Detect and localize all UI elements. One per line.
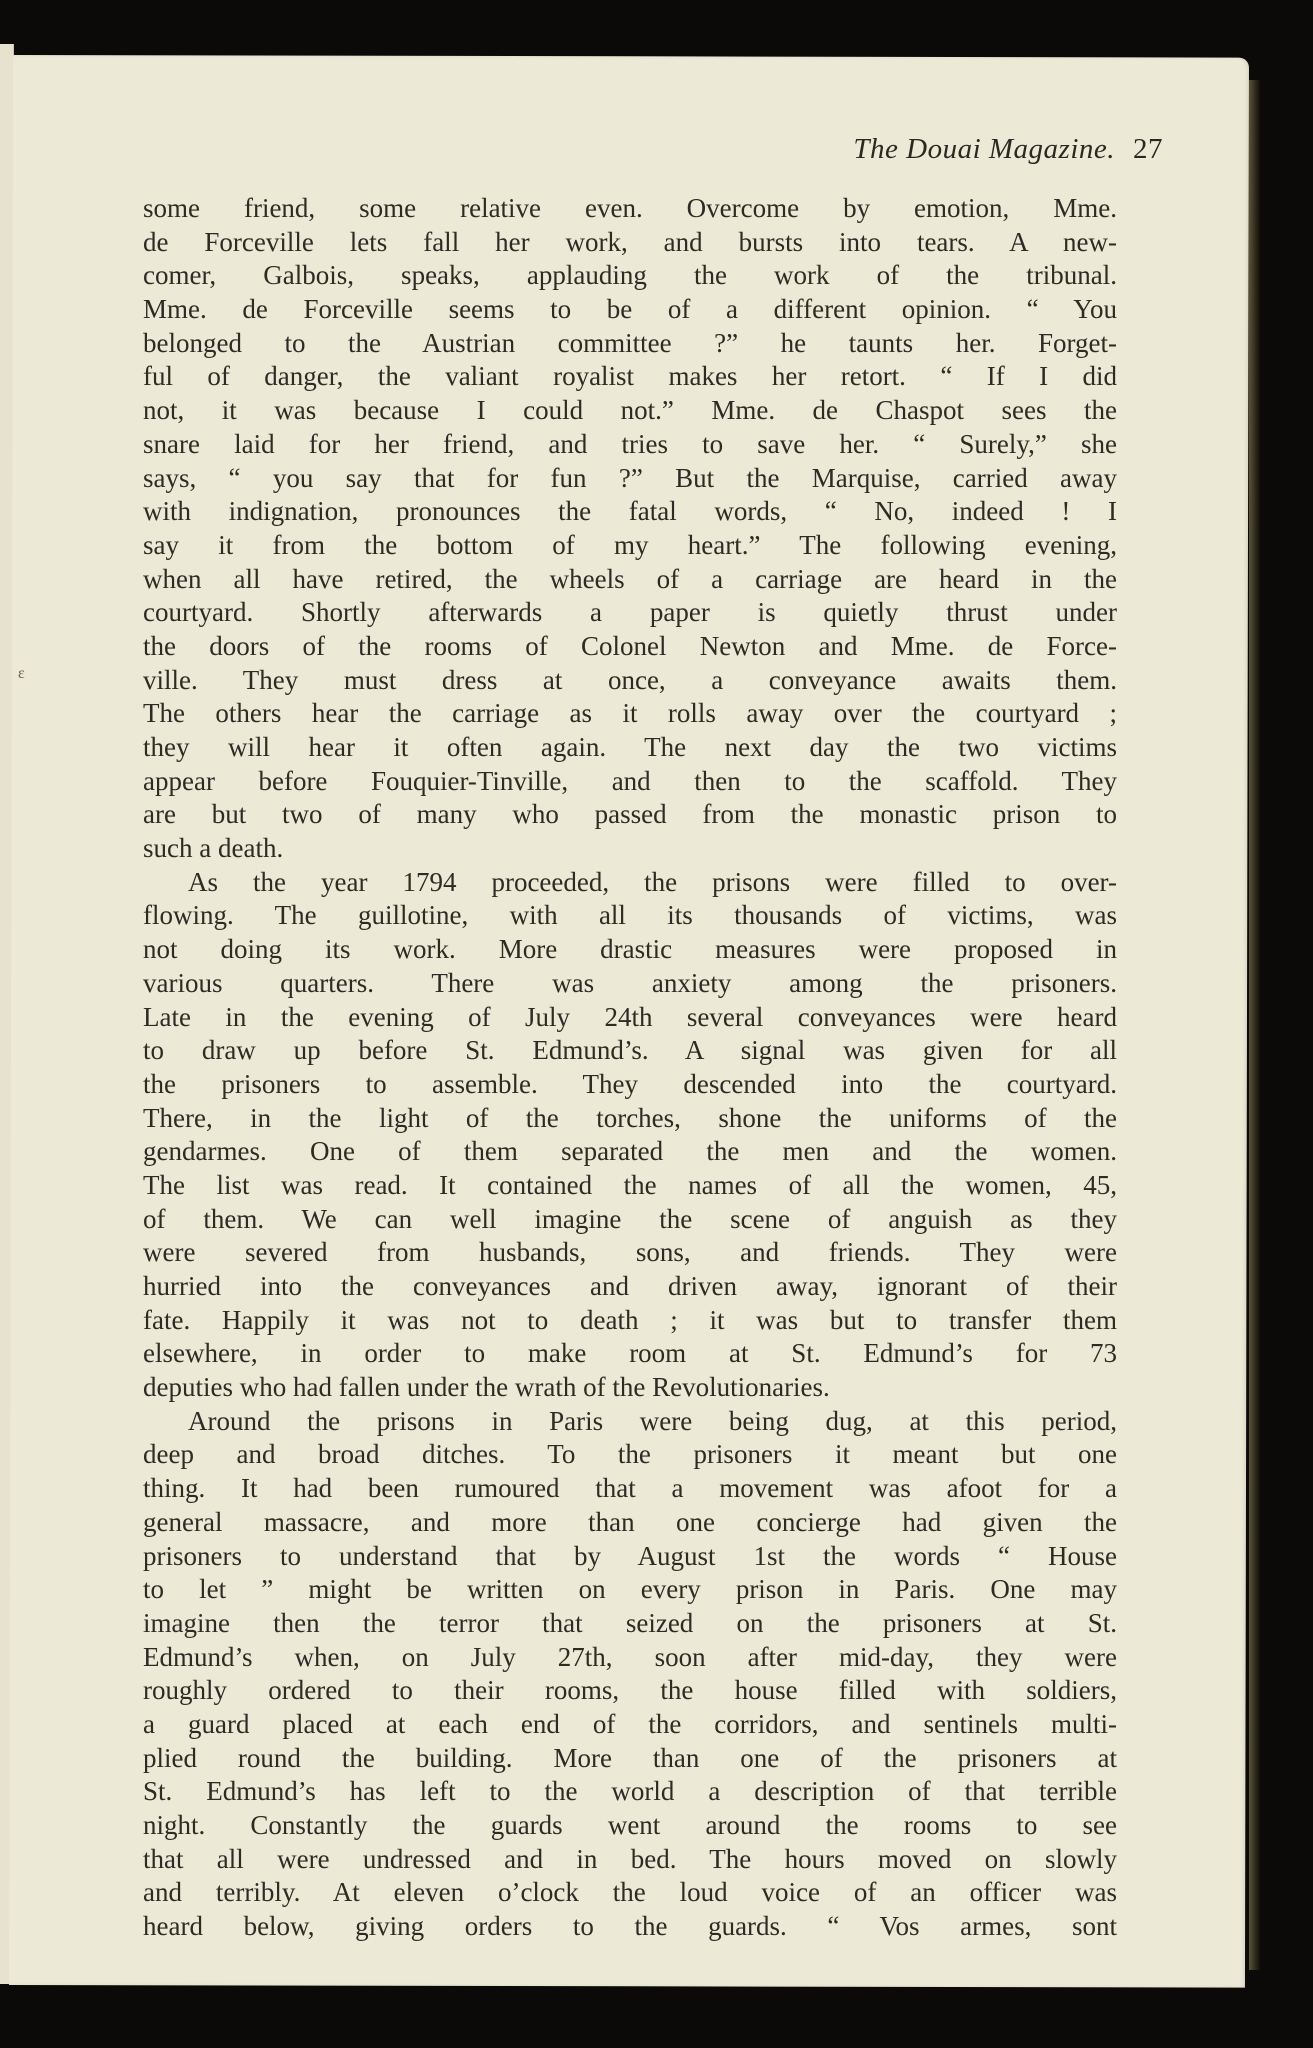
text-line: There, in the light of the torches, shon… (143, 1102, 1117, 1136)
text-line: courtyard. Shortly afterwards a paper is… (143, 596, 1117, 630)
text-line: fate. Happily it was not to death ; it w… (143, 1304, 1117, 1338)
text-line: of them. We can well imagine the scene o… (143, 1203, 1117, 1237)
text-line: not doing its work. More drastic measure… (143, 933, 1117, 967)
text-line: roughly ordered to their rooms, the hous… (143, 1674, 1117, 1708)
text-line: prisoners to understand that by August 1… (143, 1540, 1117, 1574)
text-line: says, “ you say that for fun ?” But the … (143, 462, 1117, 496)
text-line: St. Edmund’s has left to the world a des… (143, 1775, 1117, 1809)
text-line: The list was read. It contained the name… (143, 1169, 1117, 1203)
text-line: the doors of the rooms of Colonel Newton… (143, 630, 1117, 664)
text-line: some friend, some relative even. Overcom… (143, 192, 1117, 226)
text-line: to draw up before St. Edmund’s. A signal… (143, 1034, 1117, 1068)
text-line: de Forceville lets fall her work, and bu… (143, 226, 1117, 260)
running-head-title: The Douai Magazine. (853, 133, 1115, 165)
text-line: appear before Fouquier-Tinville, and the… (143, 765, 1117, 799)
page-number: 27 (1133, 133, 1163, 165)
text-line: ville. They must dress at once, a convey… (143, 664, 1117, 698)
text-line: The others hear the carriage as it rolls… (143, 697, 1117, 731)
text-line: with indignation, pronounces the fatal w… (143, 495, 1117, 529)
text-line: the prisoners to assemble. They descende… (143, 1068, 1117, 1102)
text-line: say it from the bottom of my heart.” The… (143, 529, 1117, 563)
text-line: such a death. (143, 832, 1117, 866)
text-line: Edmund’s when, on July 27th, soon after … (143, 1641, 1117, 1675)
text-line: and terribly. At eleven o’clock the loud… (143, 1876, 1117, 1910)
paragraph-first-line: As the year 1794 proceeded, the prisons … (143, 866, 1117, 900)
text-line: were severed from husbands, sons, and fr… (143, 1236, 1117, 1270)
text-line: deputies who had fallen under the wrath … (143, 1371, 1117, 1405)
text-line: general massacre, and more than one conc… (143, 1506, 1117, 1540)
text-line: plied round the building. More than one … (143, 1742, 1117, 1776)
text-line: heard below, giving orders to the guards… (143, 1910, 1117, 1944)
text-line: night. Constantly the guards went around… (143, 1809, 1117, 1843)
text-line: various quarters. There was anxiety amon… (143, 967, 1117, 1001)
text-line: Mme. de Forceville seems to be of a diff… (143, 293, 1117, 327)
paragraph-first-line: Around the prisons in Paris were being d… (143, 1405, 1117, 1439)
text-line: comer, Galbois, speaks, applauding the w… (143, 259, 1117, 293)
text-line: elsewhere, in order to make room at St. … (143, 1337, 1117, 1371)
page-right-edge (1249, 80, 1261, 1970)
text-line: flowing. The guillotine, with all its th… (143, 899, 1117, 933)
text-line: hurried into the conveyances and driven … (143, 1270, 1117, 1304)
text-line: that all were undressed and in bed. The … (143, 1843, 1117, 1877)
text-line: when all have retired, the wheels of a c… (143, 563, 1117, 597)
text-line: deep and broad ditches. To the prisoners… (143, 1438, 1117, 1472)
text-line: belonged to the Austrian committee ?” he… (143, 327, 1117, 361)
text-line: gendarmes. One of them separated the men… (143, 1135, 1117, 1169)
text-line: not, it was because I could not.” Mme. d… (143, 394, 1117, 428)
text-line: a guard placed at each end of the corrid… (143, 1708, 1117, 1742)
text-line: to let ” might be written on every priso… (143, 1573, 1117, 1607)
text-line: ful of danger, the valiant royalist make… (143, 360, 1117, 394)
text-line: snare laid for her friend, and tries to … (143, 428, 1117, 462)
margin-mark: ɛ (18, 665, 25, 683)
text-line: they will hear it often again. The next … (143, 731, 1117, 765)
body-text: some friend, some relative even. Overcom… (143, 192, 1117, 1944)
text-line: thing. It had been rumoured that a movem… (143, 1472, 1117, 1506)
running-head: The Douai Magazine.27 (853, 133, 1163, 166)
text-line: are but two of many who passed from the … (143, 798, 1117, 832)
text-line: imagine then the terror that seized on t… (143, 1607, 1117, 1641)
text-line: Late in the evening of July 24th several… (143, 1001, 1117, 1035)
